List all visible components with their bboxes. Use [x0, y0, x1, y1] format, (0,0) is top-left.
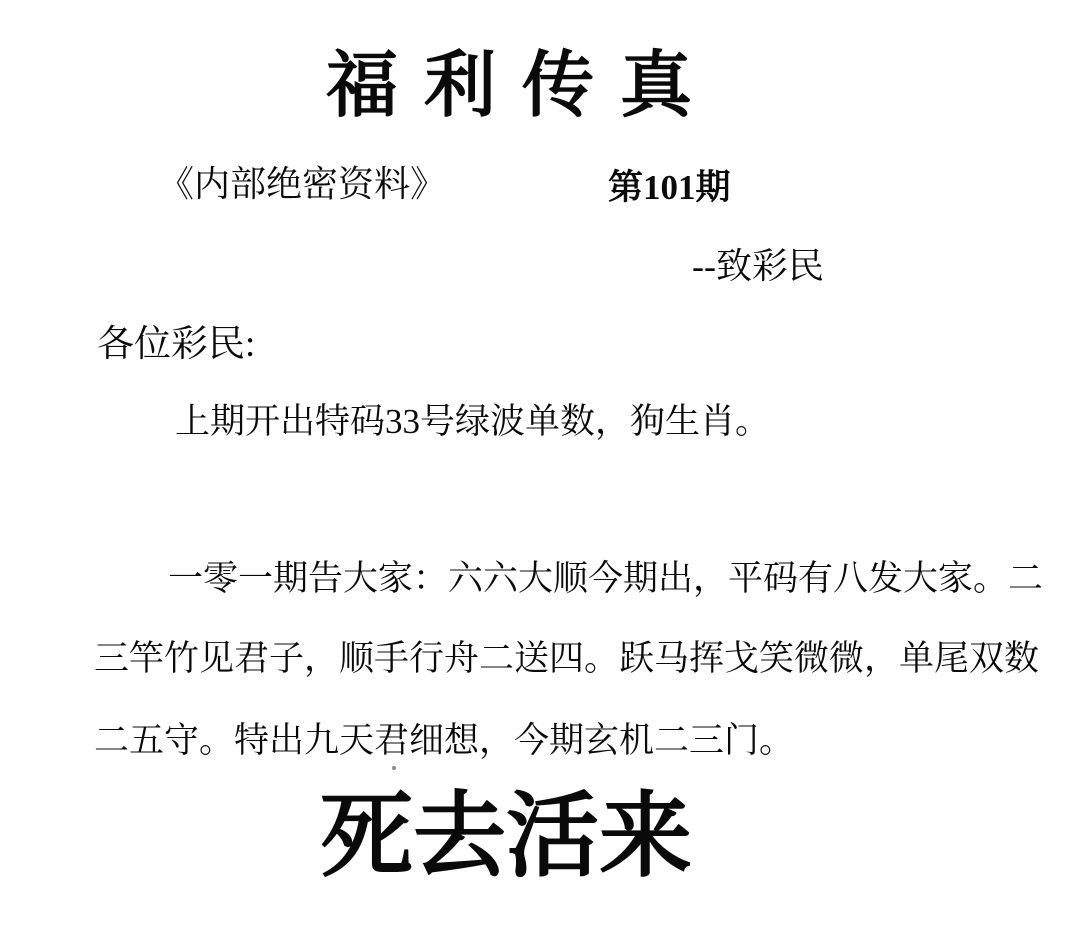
fax-document-page: 福利传真 《内部绝密资料》 第101期 --致彩民 各位彩民: 上期开出特码33… — [0, 0, 1080, 934]
issue-number: 第101期 — [608, 170, 731, 205]
closing-idiom: 死去活来 — [320, 791, 692, 884]
salutation: 各位彩民: — [97, 326, 255, 363]
document-title: 福利传真 — [326, 50, 718, 122]
dedication-line: --致彩民 — [692, 248, 824, 284]
letter-body-line-3: 二五守。特出九天君细想，今期玄机二三门。 — [94, 723, 794, 758]
letter-body-line-1: 一零一期告大家：六六大顺今期出，平码有八发大家。二 — [168, 561, 1043, 596]
previous-draw-result-line: 上期开出特码33号绿波单数，狗生肖。 — [175, 404, 770, 439]
letter-body-line-2: 三竿竹见君子，顺手行舟二送四。跃马挥戈笑微微，单尾双数 — [94, 641, 1039, 676]
scan-artifact-speck — [392, 766, 396, 770]
confidential-label: 《内部绝密资料》 — [158, 166, 446, 202]
